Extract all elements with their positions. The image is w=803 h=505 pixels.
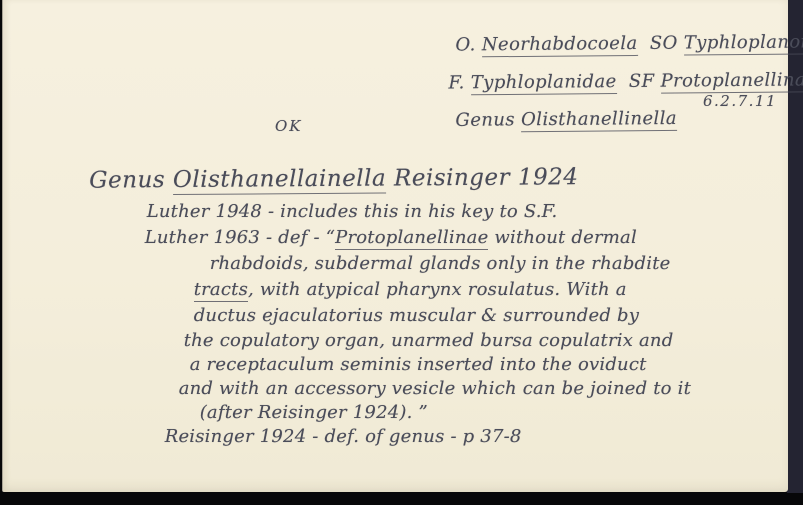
subfamily-name: Protoplanellinae <box>661 69 803 93</box>
genus-name: Olisthanellinella <box>521 108 677 132</box>
body-line-reisinger-def: Reisinger 1924 - def. of genus - p 37-8 <box>141 405 522 468</box>
genus-prefix: Genus <box>455 109 521 131</box>
ok-annotation: OK <box>275 117 303 135</box>
body-text: Reisinger 1924 - def. of genus - p 37-8 <box>165 426 522 447</box>
card-code: 6.2.7.11 <box>703 92 777 110</box>
index-card: O. Neorhabdocoela SO Typhloplanoida F. T… <box>2 0 788 492</box>
